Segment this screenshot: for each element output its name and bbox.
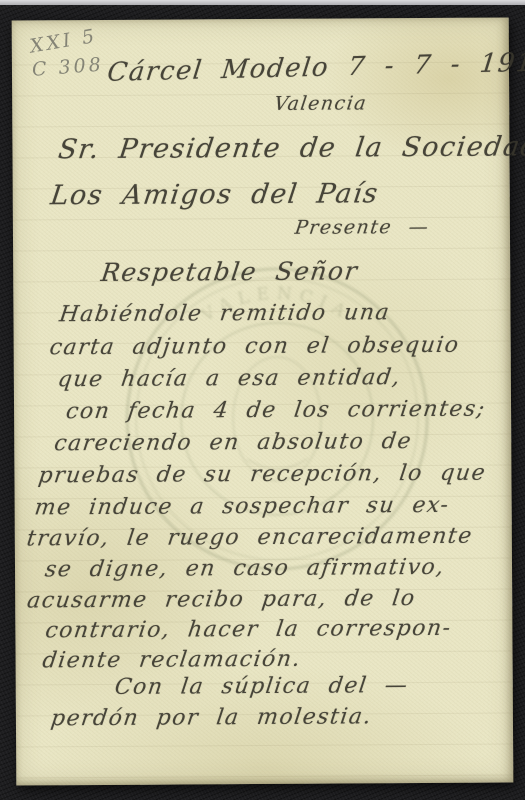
archival-shelf-mark-bottom: C 308 bbox=[31, 55, 104, 79]
body-line: travío, le ruego encarecidamente bbox=[25, 526, 474, 551]
body-line: acusarme recibo para, de lo bbox=[26, 588, 417, 612]
body-line: se digne, en caso afirmativo, bbox=[44, 557, 447, 581]
recipient-line-1: Sr. Presidente de la Sociedad bbox=[57, 133, 525, 163]
body-line: diente reclamación. bbox=[41, 649, 302, 673]
body-line: Habiéndole remitido una bbox=[58, 302, 392, 326]
archival-shelf-mark-top: XXI 5 bbox=[29, 27, 99, 57]
recipient-line-3: Presente — bbox=[294, 218, 431, 238]
closing-line: perdón por la molestia. bbox=[49, 706, 373, 730]
recipient-line-2: Los Amigos del País bbox=[49, 180, 380, 209]
scan-viewport: { "marks": { "shelf_mark_line1": "XXI 5"… bbox=[0, 0, 525, 800]
salutation-line: Respetable Señor bbox=[100, 258, 360, 285]
dateline: Cárcel Modelo 7 - 7 - 1912 bbox=[106, 49, 525, 85]
body-line: con fecha 4 de los corrientes; bbox=[65, 399, 487, 424]
body-line: careciendo en absoluto de bbox=[53, 431, 414, 455]
body-line: me induce a sospechar su ex- bbox=[33, 495, 451, 520]
body-line: pruebas de su recepción, lo que bbox=[37, 463, 488, 488]
body-line: carta adjunto con el obsequio bbox=[48, 335, 461, 360]
body-line: contrario, hacer la correspon- bbox=[44, 618, 453, 642]
body-line: que hacía a esa entidad, bbox=[56, 367, 402, 391]
letter-page: VALENCIA XXI 5 C 308 Cárcel Modelo 7 - 7… bbox=[12, 17, 514, 785]
closing-line: Con la súplica del — bbox=[113, 675, 410, 699]
place-line: Valencia bbox=[273, 94, 368, 114]
scanner-edge-strip bbox=[0, 0, 525, 5]
